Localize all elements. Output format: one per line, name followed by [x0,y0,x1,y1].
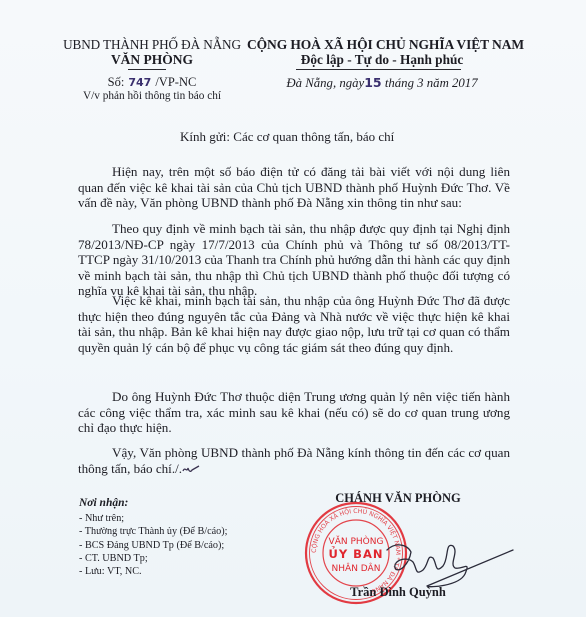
issuer-underline [128,69,166,70]
body-paragraph: Theo quy định về minh bạch tài sản, thu … [78,221,510,299]
svg-text:VĂN PHÒNG: VĂN PHÒNG [329,535,384,547]
doc-number-suffix: /VP-NC [155,75,196,89]
recipient-item: - Thường trực Thành ủy (Để B/cáo); [79,525,227,538]
document-page: UBND THÀNH PHỐ ĐÀ NẴNG VĂN PHÒNG Số:747/… [0,0,586,617]
issuer-name: VĂN PHÒNG [62,52,242,68]
recipients-title: Nơi nhận: [79,497,128,509]
recipient-item: - CT. UBND Tp; [79,552,227,565]
doc-number-prefix: Số: [108,75,125,89]
date-prefix: Đà Nẵng, ngày [286,76,364,90]
document-number: Số:747/VP-NC [62,75,242,90]
issuer-parent: UBND THÀNH PHỐ ĐÀ NẴNG [62,37,242,53]
body-paragraph: Việc kê khai, minh bạch tài sản, thu nhậ… [78,293,510,355]
national-title: CỘNG HOÀ XÃ HỘI CHỦ NGHĨA VIỆT NAM [247,37,517,53]
recipient-item: - BCS Đảng UBND Tp (Để B/cáo); [79,539,227,552]
handwritten-signature-icon [385,530,515,590]
signatory-name: Trần Đình Quỳnh [318,585,478,600]
svg-text:NHÂN DÂN: NHÂN DÂN [332,562,381,574]
date-day-handwritten: 15 [364,75,381,90]
motto-underline [296,69,461,70]
recipients-list: - Như trên; - Thường trực Thành ủy (Để B… [79,512,227,578]
recipient-item: - Lưu: VT, NC. [79,565,227,578]
date-suffix: tháng 3 năm 2017 [385,76,478,90]
initials-mark-icon [182,464,200,474]
document-date: Đà Nẵng, ngày15 tháng 3 năm 2017 [247,75,517,91]
closing-text: Vậy, Văn phòng UBND thành phố Đà Nẵng kí… [78,445,510,476]
closing-paragraph: Vậy, Văn phòng UBND thành phố Đà Nẵng kí… [78,445,510,476]
svg-text:ỦY BAN: ỦY BAN [329,545,384,561]
salutation: Kính gửi: Các cơ quan thông tấn, báo chí [180,129,394,145]
body-paragraph: Hiện nay, trên một số báo điện tử có đăn… [78,164,510,211]
document-subject: V/v phản hồi thông tin báo chí [62,90,242,102]
recipient-item: - Như trên; [79,512,227,525]
national-motto: Độc lập - Tự do - Hạnh phúc [247,52,517,68]
body-paragraph: Do ông Huỳnh Đức Thơ thuộc diện Trung ươ… [78,389,510,436]
doc-number-handwritten: 747 [128,76,151,89]
